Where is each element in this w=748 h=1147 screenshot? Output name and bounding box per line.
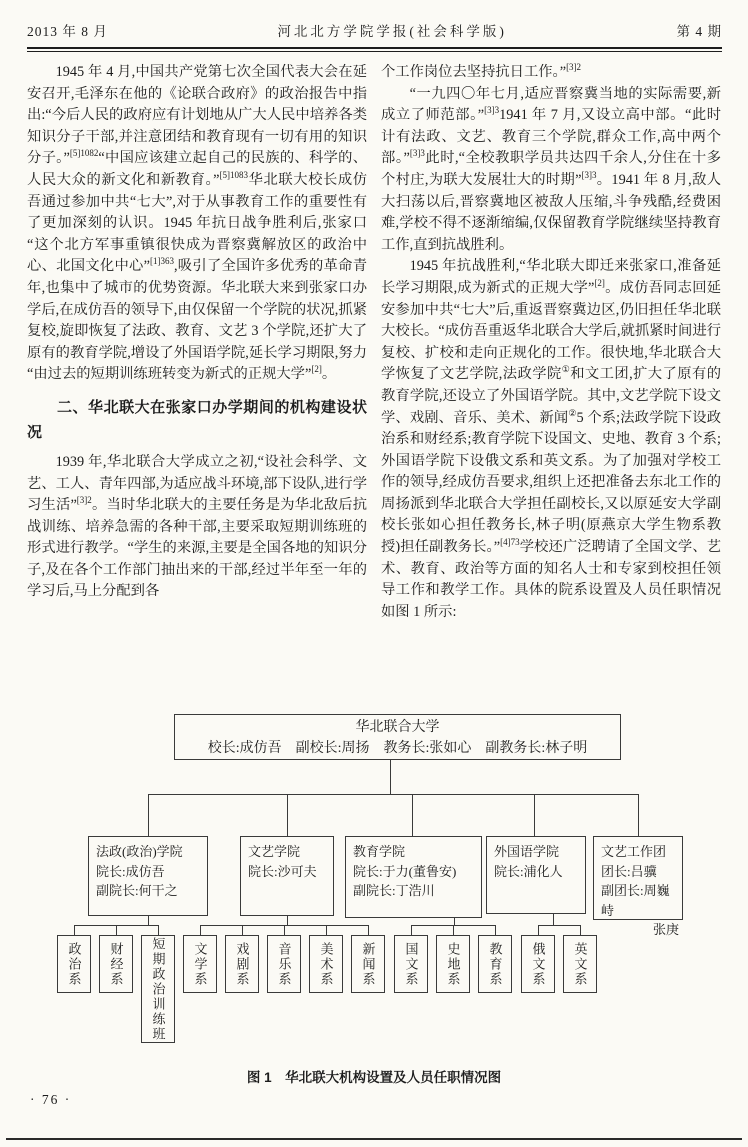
dept-box-xiju: 戏剧系 [225,935,259,993]
college-name: 外国语学院 [494,842,582,862]
college-box-jiaoyu: 教育学院 院长:于力(董鲁安) 副院长:丁浩川 [345,836,482,918]
page-footer: · 76 · [30,1092,71,1108]
college-dean: 团长:吕骥 [601,862,679,882]
bottom-rule [6,1138,742,1140]
dept-box-ewen: 俄文系 [521,935,555,993]
college-name: 文艺工作团 [601,842,679,862]
header-date: 2013 年 8 月 [27,20,108,40]
paragraph: “一九四〇年七月,适应晋察冀当地的实际需要,新成立了师范部。”[3]31941 … [381,84,721,257]
college-name: 文艺学院 [248,842,330,862]
dept-box-yinyue: 音乐系 [267,935,301,993]
dept-box-xinwen: 新闻系 [351,935,385,993]
paragraph: 1939 年,华北联合大学成立之初,“设社会科学、文艺、工人、青年四部,为适应战… [27,452,367,603]
left-column: 1945 年 4 月,中国共产党第七次全国代表大会在延安召开,毛泽东在他的《论联… [27,62,367,710]
college-dean: 院长:沙可夫 [248,862,330,882]
dept-box-duanqiban: 短期政治训练班 [141,935,175,1043]
college-box-waiguoyu: 外国语学院 院长:浦化人 [486,836,586,914]
college-dean: 院长:于力(董鲁安) [353,862,478,882]
journal-page: 2013 年 8 月 河北北方学院学报(社会科学版) 第 4 期 1945 年 … [0,0,748,1147]
page-number: · 76 · [30,1092,71,1107]
article-body: 1945 年 4 月,中国共产党第七次全国代表大会在延安召开,毛泽东在他的《论联… [27,62,721,710]
org-chart-figure: 华北联合大学 校长:成仿吾 副校长:周扬 教务长:张如心 副教务长:林子明 [0,700,748,1100]
paragraph: 1945 年 4 月,中国共产党第七次全国代表大会在延安召开,毛泽东在他的《论联… [27,62,367,386]
college-vice-dean-2: 张庚 [601,920,679,940]
college-vice-dean: 副院长:何干之 [96,881,204,901]
org-chart-root-box: 华北联合大学 校长:成仿吾 副校长:周扬 教务长:张如心 副教务长:林子明 [174,714,621,760]
figure-caption: 图 1 华北联大机构设置及人员任职情况图 [0,1066,748,1086]
college-dean: 院长:成仿吾 [96,862,204,882]
college-box-wengongtuan: 文艺工作团 团长:吕骥 副团长:周巍峙 张庚 [593,836,683,920]
right-column: 个工作岗位去坚持抗日工作。”[3]2 “一九四〇年七月,适应晋察冀当地的实际需要… [381,62,721,710]
college-vice-dean: 副团长:周巍峙 [601,881,679,920]
college-name: 法政(政治)学院 [96,842,204,862]
dept-box-guowen: 国文系 [394,935,428,993]
paragraph: 个工作岗位去坚持抗日工作。”[3]2 [381,62,721,84]
college-name: 教育学院 [353,842,478,862]
header-journal-title: 河北北方学院学报(社会科学版) [277,20,507,40]
college-dean: 院长:浦化人 [494,862,582,882]
university-officers: 校长:成仿吾 副校长:周扬 教务长:张如心 副教务长:林子明 [175,738,620,759]
dept-box-wenxue: 文学系 [183,935,217,993]
dept-box-zhengzhi: 政治系 [57,935,91,993]
paragraph: 1945 年抗战胜利,“华北联大即迁来张家口,准备延长学习期限,成为新式的正规大… [381,256,721,623]
header-rule [27,47,722,52]
page-header: 2013 年 8 月 河北北方学院学报(社会科学版) 第 4 期 [27,20,722,40]
college-box-wenyi: 文艺学院 院长:沙可夫 [240,836,334,916]
college-box-fazheng: 法政(政治)学院 院长:成仿吾 副院长:何干之 [88,836,208,916]
college-vice-dean: 副院长:丁浩川 [353,881,478,901]
dept-box-yingwen: 英文系 [563,935,597,993]
dept-box-shidi: 史地系 [436,935,470,993]
section-heading: 二、华北联大在张家口办学期间的机构建设状况 [27,395,367,445]
dept-box-jiaoyuxi: 教育系 [478,935,512,993]
header-issue-number: 第 4 期 [677,20,723,40]
university-name: 华北联合大学 [175,717,620,738]
dept-box-meishu: 美术系 [309,935,343,993]
dept-box-caijing: 财经系 [99,935,133,993]
